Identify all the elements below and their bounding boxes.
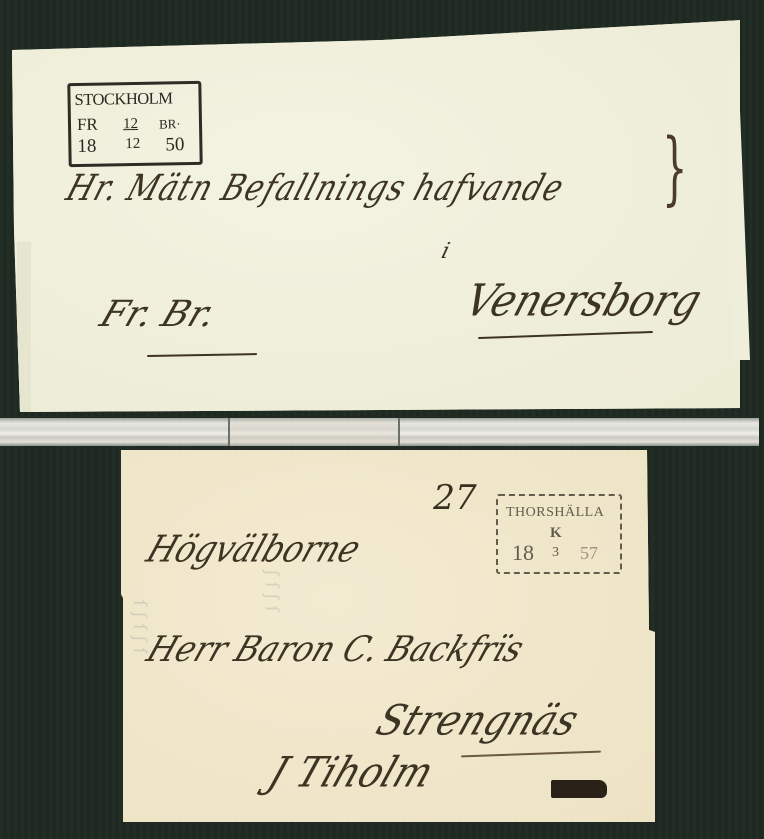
postmark-date-top: 12 <box>123 117 138 132</box>
postmark-br: BR· <box>159 117 181 130</box>
postmark-town: THORSHÄLLA <box>506 506 604 520</box>
postmark-town: STOCKHOLM <box>74 90 172 108</box>
address-city: Strengnäs <box>370 696 585 744</box>
envelope-flap <box>17 242 31 428</box>
address-line-1: Högvälborne <box>141 527 367 571</box>
postmark-month: 3 <box>552 546 559 560</box>
city-underline <box>478 331 653 339</box>
rate-marking: 27 <box>429 478 481 518</box>
strip-seam <box>398 418 400 446</box>
address-line-2: i <box>439 239 453 264</box>
postmark-stockholm: STOCKHOLM FR 12 BR· 18 12 50 <box>67 81 202 167</box>
franking-note: Fr. Br. <box>95 294 222 335</box>
postmark-day: 18 <box>512 542 534 564</box>
strip-segment <box>228 418 398 446</box>
pencil-notation: ſ ʃ ſ ʃ ſ <box>129 600 150 654</box>
address-line-4: J Tiholm <box>262 748 440 796</box>
brace-flourish: } <box>662 121 687 214</box>
glassine-mount-strip <box>0 418 759 446</box>
postmark-day: 18 <box>77 137 96 156</box>
cover-thorshalla: ſ ʃ ſ ʃ ſ ʃ ſ ʃ ſ 27 THORSHÄLLA K 18 3 5… <box>121 450 655 822</box>
postmark-k: K <box>550 526 562 541</box>
postmark-thorshalla: THORSHÄLLA K 18 3 57 <box>496 494 622 574</box>
postmark-fr: FR <box>77 116 98 133</box>
franking-underline <box>147 353 257 357</box>
address-line-1: Hr. Mätn Befallnings hafvande <box>61 168 569 210</box>
city-underline <box>461 751 601 758</box>
address-city: Venersborg <box>459 276 708 327</box>
address-line-2: Herr Baron C. Backfrïs <box>141 628 529 670</box>
postmark-date-bottom: 12 <box>125 137 140 152</box>
pencil-notation: ʃ ſ ʃ ſ <box>261 570 282 612</box>
postmark-year: 57 <box>580 544 598 562</box>
strip-seam <box>228 418 230 446</box>
ink-blot <box>551 780 607 798</box>
cover-stockholm: STOCKHOLM FR 12 BR· 18 12 50 Hr. Mätn Be… <box>12 16 740 412</box>
postmark-year: 50 <box>165 135 184 154</box>
envelope-side-flap <box>732 60 750 360</box>
